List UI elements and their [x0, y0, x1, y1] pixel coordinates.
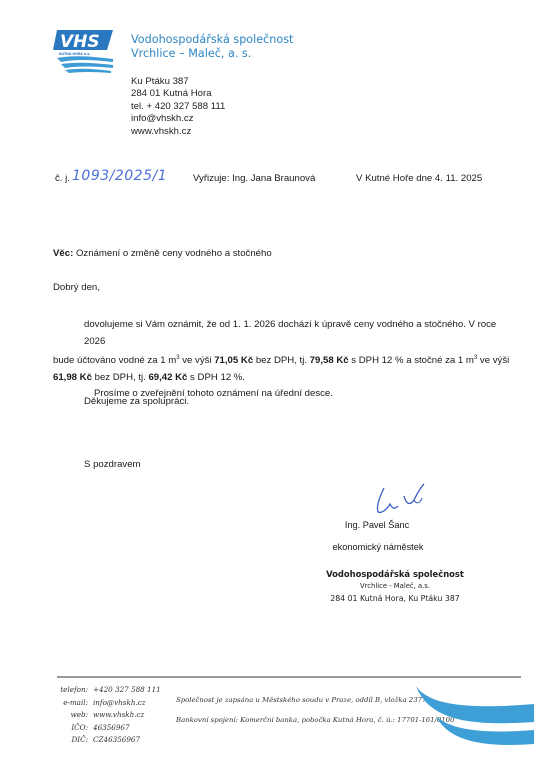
- signature-icon: [370, 482, 440, 516]
- company-name-line2: Vrchlice – Maleč, a. s.: [131, 47, 293, 61]
- stamp-line1: Vodohospodářská společnost: [320, 568, 470, 581]
- footer-phone: +420 327 588 111: [93, 684, 161, 697]
- signer-title: ekonomický náměstek: [318, 542, 438, 552]
- thanks: Děkujeme za spolupráci.: [84, 396, 189, 407]
- subject-label: Věc:: [53, 248, 73, 259]
- address-city: 284 01 Kutná Hora: [131, 88, 225, 100]
- stamp-line2: Vrchlice - Maleč, a.s.: [320, 581, 470, 592]
- body-line-1: dovolujeme si Vám oznámit, že od 1. 1. 2…: [53, 317, 515, 350]
- handler: Vyřizuje: Ing. Jana Braunová: [193, 173, 315, 184]
- svg-text:KUTNÁ HORA a.s.: KUTNÁ HORA a.s.: [59, 51, 90, 56]
- company-name: Vodohospodářská společnost Vrchlice – Ma…: [131, 33, 293, 61]
- footer-label-ico: IČO:: [40, 722, 88, 735]
- reference-label: č. j.: [55, 173, 70, 184]
- footer-registration: Společnost je zapsána u Městského soudu …: [176, 696, 426, 704]
- reference-number: 1093/2025/1: [72, 168, 167, 184]
- svg-text:VHS: VHS: [60, 32, 100, 52]
- company-name-line1: Vodohospodářská společnost: [131, 33, 293, 47]
- water-price-net: 71,05 Kč: [214, 355, 253, 366]
- sender-address: Ku Ptáku 387 284 01 Kutná Hora tel. + 42…: [131, 76, 225, 138]
- footer-divider: [57, 676, 521, 678]
- address-phone: tel. + 420 327 588 111: [131, 101, 225, 113]
- sewage-price-net: 61,98 Kč: [53, 372, 92, 383]
- footer-label-email: e-mail:: [40, 697, 88, 710]
- footer-dic: CZ46356967: [93, 734, 161, 747]
- footer-bank: Bankovní spojení: Komerční banka, pobočk…: [176, 716, 454, 724]
- body-line-2: bude účtováno vodné za 1 m3 ve výši 71,0…: [53, 350, 515, 370]
- footer-label-web: web:: [40, 709, 88, 722]
- footer-label-phone: telefon:: [40, 684, 88, 697]
- wave-decoration-icon: [414, 686, 534, 746]
- footer-values: +420 327 588 111 info@vhskh.cz www.vhskh…: [93, 684, 161, 747]
- subject: Věc: Oznámení o změně ceny vodného a sto…: [53, 248, 272, 259]
- stamp-line3: 284 01 Kutná Hora, Ku Ptáku 387: [320, 592, 470, 605]
- water-price-gross: 79,58 Kč: [310, 355, 349, 366]
- footer-web: www.vhskh.cz: [93, 709, 161, 722]
- closing: S pozdravem: [84, 459, 141, 470]
- address-email: info@vhskh.cz: [131, 113, 225, 125]
- letter-body: dovolujeme si Vám oznámit, že od 1. 1. 2…: [53, 317, 515, 403]
- address-street: Ku Ptáku 387: [131, 76, 225, 88]
- sewage-price-gross: 69,42 Kč: [148, 372, 187, 383]
- company-stamp: Vodohospodářská společnost Vrchlice - Ma…: [320, 568, 470, 605]
- address-web: www.vhskh.cz: [131, 126, 225, 138]
- footer-email: info@vhskh.cz: [93, 697, 161, 710]
- vhs-logo: VHS KUTNÁ HORA a.s.: [53, 26, 117, 74]
- subject-text: Oznámení o změně ceny vodného a stočného: [76, 248, 272, 259]
- footer-labels: telefon: e-mail: web: IČO: DIČ:: [40, 684, 88, 747]
- place-date: V Kutné Hoře dne 4. 11. 2025: [356, 173, 482, 184]
- body-line-3: 61,98 Kč bez DPH, tj. 69,42 Kč s DPH 12 …: [53, 370, 515, 387]
- greeting: Dobrý den,: [53, 282, 100, 293]
- footer-label-dic: DIČ:: [40, 734, 88, 747]
- signer-name: Ing. Pavel Šanc: [327, 520, 427, 530]
- footer-ico: 46356967: [93, 722, 161, 735]
